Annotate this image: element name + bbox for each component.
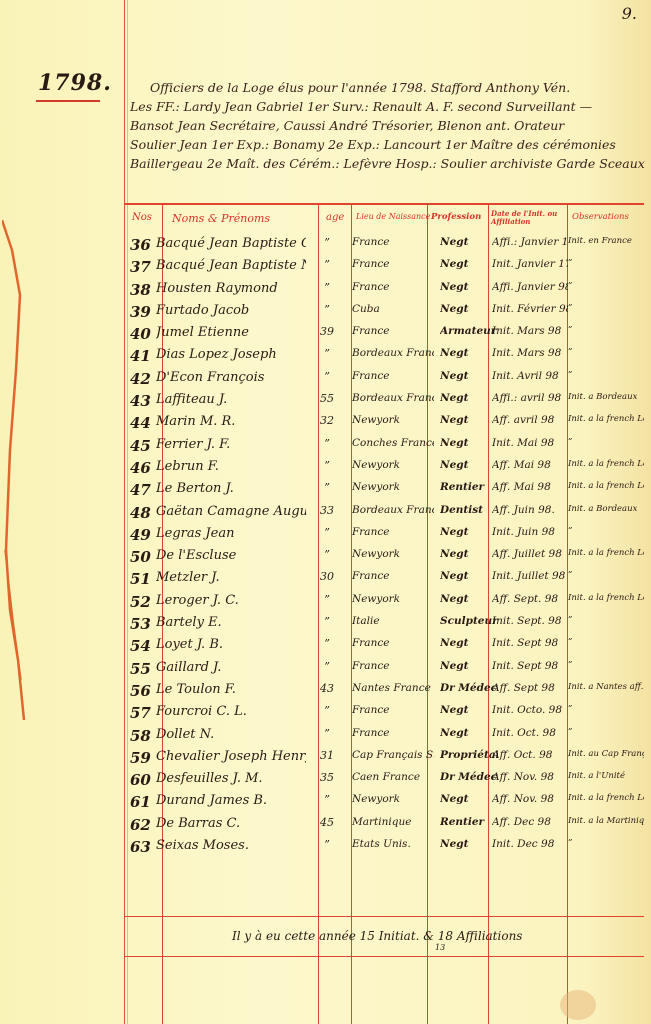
- entry-date: Init. Janvier 1798: [492, 258, 568, 270]
- entry-name: Durand James B.: [156, 793, 306, 808]
- entry-profession: Negt: [440, 570, 498, 582]
- entry-number: 36: [130, 236, 158, 254]
- entry-number: 44: [130, 414, 158, 432]
- entry-age: 33: [314, 504, 340, 517]
- entry-birthplace: France: [352, 281, 434, 293]
- table-row: 54Loyet J. B.”FranceNegtInit. Sept 98”: [124, 635, 644, 657]
- entry-birthplace: Newyork: [352, 459, 434, 471]
- entry-profession: Rentier: [440, 481, 498, 493]
- summary-text: Il y à eu cette année 15 Initiat. & 18 A…: [232, 929, 522, 943]
- entry-birthplace: France: [352, 236, 434, 248]
- table-row: 44Marin M. R.32NewyorkNegtAff. avril 98I…: [124, 412, 644, 434]
- table-row: 53Bartely E.”ItalieSculpteurInit. Sept. …: [124, 613, 644, 635]
- table-row: 49Legras Jean”FranceNegtInit. Juin 98”: [124, 524, 644, 546]
- table-row: 50De l'Escluse”NewyorkNegtAff. Juillet 9…: [124, 546, 644, 568]
- entry-birthplace: Nantes France: [352, 682, 434, 694]
- table-row: 63Seixas Moses.”Etats Unis.NegtInit. Dec…: [124, 836, 644, 858]
- year-underline: [36, 100, 100, 102]
- table-row: 36Bacqué Jean Baptiste Oncle”FranceNegtA…: [124, 234, 644, 256]
- entry-name: Legras Jean: [156, 526, 306, 541]
- entry-date: Init. Juin 98: [492, 526, 568, 538]
- entry-observation: ”: [568, 303, 644, 313]
- entry-number: 59: [130, 749, 158, 767]
- entry-age: ”: [314, 660, 340, 673]
- entry-observation: ”: [568, 660, 644, 670]
- entry-observation: Init. en France: [568, 236, 644, 246]
- entry-observation: ”: [568, 370, 644, 380]
- entry-observation: Init. a la french Loge: [568, 459, 644, 469]
- entry-date: Init. Avril 98: [492, 370, 568, 382]
- entry-number: 56: [130, 682, 158, 700]
- entry-age: ”: [314, 437, 340, 450]
- entry-number: 50: [130, 548, 158, 566]
- entry-age: 43: [314, 682, 340, 695]
- entry-number: 58: [130, 727, 158, 745]
- entry-observation: Init. a la french Loge: [568, 481, 644, 491]
- entry-age: ”: [314, 481, 340, 494]
- officers-line: Officiers de la Loge élus pour l'année 1…: [130, 78, 645, 97]
- entry-profession: Dr Médecin: [440, 771, 498, 783]
- entry-name: Lebrun F.: [156, 459, 306, 474]
- entry-birthplace: Cap Français St Domingue: [352, 749, 434, 761]
- entry-name: Chevalier Joseph Henry: [156, 749, 306, 764]
- entry-date: Init. Dec 98: [492, 838, 568, 850]
- entry-name: Desfeuilles J. M.: [156, 771, 306, 786]
- entry-observation: Init. a la french Loge: [568, 593, 644, 603]
- entry-age: ”: [314, 236, 340, 249]
- entry-date: Affi. Janvier 98: [492, 281, 568, 293]
- table-row: 43Laffiteau J.55Bordeaux FranceNegtAffi.…: [124, 390, 644, 412]
- entry-profession: Negt: [440, 258, 498, 270]
- entry-date: Aff. avril 98: [492, 414, 568, 426]
- entry-number: 40: [130, 325, 158, 343]
- entry-name: Le Berton J.: [156, 481, 306, 496]
- entry-date: Aff. Nov. 98: [492, 793, 568, 805]
- entry-number: 43: [130, 392, 158, 410]
- officers-line: Soulier Jean 1er Exp.: Bonamy 2e Exp.: L…: [130, 135, 645, 154]
- entry-observation: ”: [568, 615, 644, 625]
- entry-profession: Dr Médecin: [440, 682, 498, 694]
- entry-number: 60: [130, 771, 158, 789]
- entry-observation: ”: [568, 347, 644, 357]
- entry-profession: Negt: [440, 704, 498, 716]
- entry-date: Aff. Dec 98: [492, 816, 568, 828]
- header-no: Nos: [132, 212, 152, 223]
- table-bottom-rule: [124, 916, 644, 917]
- table-row: 47Le Berton J.”NewyorkRentierAff. Mai 98…: [124, 479, 644, 501]
- entry-name: Gaillard J.: [156, 660, 306, 675]
- entry-age: ”: [314, 347, 340, 360]
- header-profession: Profession: [431, 212, 481, 222]
- entry-age: ”: [314, 593, 340, 606]
- entry-birthplace: Italie: [352, 615, 434, 627]
- entry-age: ”: [314, 793, 340, 806]
- summary-correction: 13: [435, 943, 445, 952]
- entry-age: 35: [314, 771, 340, 784]
- entry-name: Gaëtan Camagne Auguste: [156, 504, 306, 519]
- table-row: 57Fourcroi C. L.”FranceNegtInit. Octo. 9…: [124, 702, 644, 724]
- entry-observation: Init. a la french Loge: [568, 548, 644, 558]
- entry-name: Laffiteau J.: [156, 392, 306, 407]
- entry-observation: Init. a la french Loge: [568, 793, 644, 803]
- entry-age: 32: [314, 414, 340, 427]
- entry-birthplace: Bordeaux France: [352, 392, 434, 404]
- officers-line: Bansot Jean Secrétaire, Caussi André Tré…: [130, 116, 645, 135]
- entry-birthplace: Cuba: [352, 303, 434, 315]
- entry-birthplace: France: [352, 727, 434, 739]
- entry-profession: Negt: [440, 838, 498, 850]
- entry-profession: Rentier: [440, 816, 498, 828]
- entry-number: 46: [130, 459, 158, 477]
- entry-date: Affi.: avril 98: [492, 392, 568, 404]
- entry-number: 47: [130, 481, 158, 499]
- entry-birthplace: Bordeaux France: [352, 347, 434, 359]
- entry-age: 39: [314, 325, 340, 338]
- entry-birthplace: France: [352, 660, 434, 672]
- officers-paragraph: Officiers de la Loge élus pour l'année 1…: [130, 78, 645, 173]
- entry-name: Le Toulon F.: [156, 682, 306, 697]
- entry-profession: Negt: [440, 593, 498, 605]
- entry-date: Init. Mars 98: [492, 325, 568, 337]
- table-row: 48Gaëtan Camagne Auguste33Bordeaux Franc…: [124, 502, 644, 524]
- entry-profession: Negt: [440, 660, 498, 672]
- entry-profession: Negt: [440, 370, 498, 382]
- entry-profession: Negt: [440, 236, 498, 248]
- entry-birthplace: France: [352, 570, 434, 582]
- entry-observation: Init. a l'Unité: [568, 771, 644, 781]
- entry-number: 57: [130, 704, 158, 722]
- entry-date: Init. Sept 98: [492, 660, 568, 672]
- entry-profession: Negt: [440, 637, 498, 649]
- table-row: 38Housten Raymond”FranceNegtAffi. Janvie…: [124, 279, 644, 301]
- entry-name: De l'Escluse: [156, 548, 306, 563]
- table-row: 42D'Econ François”FranceNegtInit. Avril …: [124, 368, 644, 390]
- entry-age: 30: [314, 570, 340, 583]
- entry-profession: Negt: [440, 793, 498, 805]
- entry-age: ”: [314, 526, 340, 539]
- entry-date: Aff. Sept 98: [492, 682, 568, 694]
- entry-profession: Negt: [440, 347, 498, 359]
- page-number: 9.: [622, 4, 637, 23]
- table-row: 61Durand James B.”NewyorkNegtAff. Nov. 9…: [124, 791, 644, 813]
- officers-line: Baillergeau 2e Maît. des Cérém.: Lefèvre…: [130, 154, 645, 173]
- entry-date: Init. Mai 98: [492, 437, 568, 449]
- entry-name: Leroger J. C.: [156, 593, 306, 608]
- table-row: 59Chevalier Joseph Henry31Cap Français S…: [124, 747, 644, 769]
- entry-age: ”: [314, 370, 340, 383]
- entry-name: Bartely E.: [156, 615, 306, 630]
- table-row: 56Le Toulon F.43Nantes FranceDr MédecinA…: [124, 680, 644, 702]
- entry-age: 31: [314, 749, 340, 762]
- entry-number: 39: [130, 303, 158, 321]
- table-row: 41Dias Lopez Joseph”Bordeaux FranceNegtI…: [124, 345, 644, 367]
- entry-age: ”: [314, 281, 340, 294]
- entry-name: Marin M. R.: [156, 414, 306, 429]
- entry-observation: ”: [568, 727, 644, 737]
- entry-birthplace: Caen France: [352, 771, 434, 783]
- entry-date: Aff. Mai 98: [492, 459, 568, 471]
- entry-date: Aff. Juin 98.: [492, 504, 568, 516]
- entry-profession: Sculpteur: [440, 615, 498, 627]
- table-row: 62De Barras C.45MartiniqueRentierAff. De…: [124, 814, 644, 836]
- entry-profession: Negt: [440, 727, 498, 739]
- table-row: 40Jumel Etienne39FranceArmateurInit. Mar…: [124, 323, 644, 345]
- entry-number: 61: [130, 793, 158, 811]
- entry-observation: ”: [568, 437, 644, 447]
- entry-observation: Init. a la Martinique: [568, 816, 644, 826]
- entry-date: Init. Février 98: [492, 303, 568, 315]
- entry-birthplace: Newyork: [352, 793, 434, 805]
- table-row: 46Lebrun F.”NewyorkNegtAff. Mai 98Init. …: [124, 457, 644, 479]
- entry-date: Aff. Mai 98: [492, 481, 568, 493]
- entry-birthplace: France: [352, 637, 434, 649]
- entry-birthplace: Newyork: [352, 414, 434, 426]
- entry-name: Dollet N.: [156, 727, 306, 742]
- entry-profession: Negt: [440, 303, 498, 315]
- entry-name: Bacqué Jean Baptiste Oncle: [156, 236, 306, 251]
- entry-birthplace: Martinique: [352, 816, 434, 828]
- entry-birthplace: Newyork: [352, 548, 434, 560]
- entry-observation: Init. a la french Loge: [568, 414, 644, 424]
- entry-observation: Init. a Bordeaux: [568, 504, 644, 514]
- entry-age: ”: [314, 704, 340, 717]
- entry-date: Init. Sept. 98: [492, 615, 568, 627]
- entry-number: 41: [130, 347, 158, 365]
- entry-observation: Init. a Nantes aff. a l'Unité: [568, 682, 644, 692]
- entry-number: 62: [130, 816, 158, 834]
- entry-profession: Negt: [440, 414, 498, 426]
- header-place: Lieu de Naissance: [356, 212, 430, 221]
- entry-number: 53: [130, 615, 158, 633]
- entry-date: Affi.: Janvier 1798: [492, 236, 568, 248]
- header-name: Noms & Prénoms: [172, 212, 270, 225]
- entry-name: Jumel Etienne: [156, 325, 306, 340]
- entry-name: Dias Lopez Joseph: [156, 347, 306, 362]
- header-observations: Observations: [572, 212, 629, 222]
- entry-date: Init. Mars 98: [492, 347, 568, 359]
- year-heading: 1798.: [38, 70, 112, 96]
- entry-observation: ”: [568, 325, 644, 335]
- entry-birthplace: Etats Unis.: [352, 838, 434, 850]
- entry-name: Loyet J. B.: [156, 637, 306, 652]
- entry-number: 55: [130, 660, 158, 678]
- officers-line: Les FF.: Lardy Jean Gabriel 1er Surv.: R…: [130, 97, 645, 116]
- entry-number: 45: [130, 437, 158, 455]
- table-row: 52Leroger J. C.”NewyorkNegtAff. Sept. 98…: [124, 591, 644, 613]
- table-row: 55Gaillard J.”FranceNegtInit. Sept 98”: [124, 658, 644, 680]
- entry-name: Metzler J.: [156, 570, 306, 585]
- entry-birthplace: France: [352, 325, 434, 337]
- entry-name: Fourcroi C. L.: [156, 704, 306, 719]
- entry-date: Aff. Nov. 98: [492, 771, 568, 783]
- entry-profession: Negt: [440, 526, 498, 538]
- entry-number: 51: [130, 570, 158, 588]
- ledger-page: 9. 1798. Officiers de la Loge élus pour …: [0, 0, 651, 1024]
- summary-bottom-rule: [124, 956, 644, 957]
- table-row: 51Metzler J.30FranceNegtInit. Juillet 98…: [124, 568, 644, 590]
- entry-age: ”: [314, 615, 340, 628]
- header-date: Date de l'Init. ou Affiliation: [491, 210, 566, 226]
- entry-age: ”: [314, 548, 340, 561]
- entry-name: Housten Raymond: [156, 281, 306, 296]
- table-row: 39Furtado Jacob”CubaNegtInit. Février 98…: [124, 301, 644, 323]
- entry-number: 38: [130, 281, 158, 299]
- entry-name: Ferrier J. F.: [156, 437, 306, 452]
- entry-number: 52: [130, 593, 158, 611]
- entry-age: ”: [314, 727, 340, 740]
- table-top-rule: [124, 203, 644, 205]
- entry-profession: Negt: [440, 548, 498, 560]
- entry-age: ”: [314, 303, 340, 316]
- entry-profession: Negt: [440, 281, 498, 293]
- entry-observation: ”: [568, 637, 644, 647]
- entry-birthplace: Bordeaux France: [352, 504, 434, 516]
- entry-profession: Negt: [440, 459, 498, 471]
- entry-date: Init. Sept 98: [492, 637, 568, 649]
- entry-observation: ”: [568, 704, 644, 714]
- entry-date: Init. Octo. 98: [492, 704, 568, 716]
- entry-birthplace: Conches France: [352, 437, 434, 449]
- red-pencil-mark: [2, 220, 32, 720]
- entry-number: 63: [130, 838, 158, 856]
- ledger-rows: 36Bacqué Jean Baptiste Oncle”FranceNegtA…: [124, 234, 644, 858]
- entry-date: Aff. Juillet 98: [492, 548, 568, 560]
- table-row: 45Ferrier J. F.”Conches FranceNegtInit. …: [124, 435, 644, 457]
- entry-age: ”: [314, 637, 340, 650]
- entry-profession: Dentist: [440, 504, 498, 516]
- entry-birthplace: France: [352, 258, 434, 270]
- summary-line: Il y à eu cette année 15 Initiat. & 18 A…: [232, 929, 522, 943]
- entry-profession: Propriétaire: [440, 749, 498, 761]
- entry-profession: Negt: [440, 437, 498, 449]
- entry-number: 48: [130, 504, 158, 522]
- entry-birthplace: Newyork: [352, 481, 434, 493]
- entry-observation: ”: [568, 570, 644, 580]
- entry-age: 45: [314, 816, 340, 829]
- entry-observation: Init. a Bordeaux: [568, 392, 644, 402]
- entry-age: ”: [314, 258, 340, 271]
- entry-name: Furtado Jacob: [156, 303, 306, 318]
- entry-age: 55: [314, 392, 340, 405]
- entry-date: Init. Juillet 98: [492, 570, 568, 582]
- entry-date: Aff. Oct. 98: [492, 749, 568, 761]
- table-row: 60Desfeuilles J. M.35Caen FranceDr Médec…: [124, 769, 644, 791]
- paper-stain: [560, 990, 596, 1020]
- entry-birthplace: France: [352, 704, 434, 716]
- entry-number: 37: [130, 258, 158, 276]
- header-age: age: [326, 212, 344, 223]
- entry-number: 49: [130, 526, 158, 544]
- entry-number: 42: [130, 370, 158, 388]
- entry-observation: ”: [568, 838, 644, 848]
- entry-number: 54: [130, 637, 158, 655]
- entry-date: Init. Oct. 98: [492, 727, 568, 739]
- entry-observation: Init. au Cap Français aff. a l'Unité: [568, 749, 644, 759]
- entry-name: Seixas Moses.: [156, 838, 306, 853]
- entry-name: Bacqué Jean Baptiste Neveu: [156, 258, 306, 273]
- entry-birthplace: France: [352, 370, 434, 382]
- entry-observation: ”: [568, 281, 644, 291]
- entry-name: De Barras C.: [156, 816, 306, 831]
- table-row: 37Bacqué Jean Baptiste Neveu”FranceNegtI…: [124, 256, 644, 278]
- table-row: 58Dollet N.”FranceNegtInit. Oct. 98”: [124, 725, 644, 747]
- entry-birthplace: Newyork: [352, 593, 434, 605]
- entry-date: Aff. Sept. 98: [492, 593, 568, 605]
- entry-name: D'Econ François: [156, 370, 306, 385]
- entry-observation: ”: [568, 258, 644, 268]
- entry-profession: Negt: [440, 392, 498, 404]
- entry-profession: Armateur: [440, 325, 498, 337]
- entry-birthplace: France: [352, 526, 434, 538]
- entry-age: ”: [314, 459, 340, 472]
- entry-age: ”: [314, 838, 340, 851]
- entry-observation: ”: [568, 526, 644, 536]
